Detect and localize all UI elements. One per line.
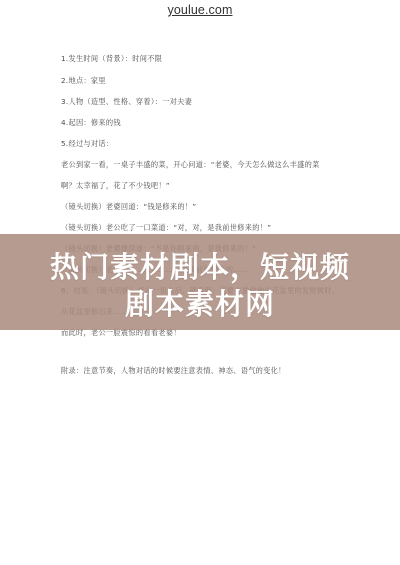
doc-line-dialogue: 老公到家一看，一桌子丰盛的菜，开心问道：“老婆，今天怎么做这么丰盛的菜 <box>61 160 320 169</box>
doc-line-dialogue: （镜头切换）老公吃了一口菜道：“对，对，是我前世修来的！” <box>61 223 271 232</box>
doc-line-characters: 3.人物（造型、性格、穿着）：一对夫妻 <box>61 97 192 106</box>
doc-line-place: 2.地点：家里 <box>61 76 106 85</box>
doc-line-dialogue: 啊？太幸福了，花了不少钱吧！” <box>61 181 170 190</box>
overlay-title-line-1: 热门素材剧本，短视频 <box>0 250 400 284</box>
doc-line-cause: 4.起因：修来的钱 <box>61 118 121 127</box>
doc-line-time: 1.发生时间（背景）：时间不限 <box>61 54 162 63</box>
overlay-title-line-2: 剧本素材网 <box>0 287 400 321</box>
site-watermark-link[interactable]: youlue.com <box>0 3 400 17</box>
doc-line-process: 5.经过与对话： <box>61 139 113 148</box>
doc-line-dialogue: （镜头切换）老婆回道：“钱是修来的！” <box>61 202 196 211</box>
doc-line-appendix: 附录：注意节奏，人物对话的时候要注意表情、神态、语气的变化！ <box>61 366 286 375</box>
